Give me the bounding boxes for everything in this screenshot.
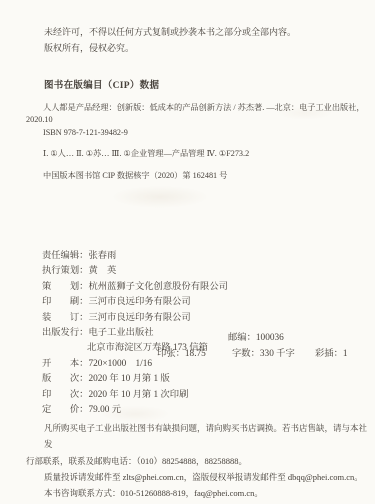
copyright-notice-line1: 未经许可，不得以任何方式复制或抄袭本书之部分或全部内容。 (44, 24, 375, 40)
row-value: 79.00 元 (88, 405, 121, 415)
book-copyright-page: 未经许可，不得以任何方式复制或抄袭本书之部分或全部内容。 版权所有，侵权必究。 … (0, 0, 375, 504)
print-sheets: 印张：18.75 (157, 345, 206, 359)
cip-record-line2: 2020.10 (26, 114, 375, 127)
colophon-row-address: 北京市海淀区万寿路 173 信箱 邮编：100036 (28, 329, 375, 344)
service-replacement-line2: 行部联系，联系及邮购电话：（010）88254888，88258888。 (26, 453, 375, 469)
postcode: 邮编：100036 (228, 329, 284, 343)
cip-heading: 图书在版编目（CIP）数据 (44, 80, 375, 93)
colophon-row-format: 开 本：720×1000 1/16 印张：18.75 字数：330 千字 彩插：… (28, 345, 375, 360)
service-complaint-line: 质量投诉请发邮件至 zlts@phei.com.cn，盗版侵权举报请发邮件至 d… (44, 469, 375, 485)
colophon-row-binder: 装 订：三河市良远印务有限公司 (28, 299, 375, 314)
cip-spacer (26, 139, 375, 148)
cip-spacer (26, 161, 375, 170)
colophon-row-planner: 策 划：杭州蓝狮子文化创意股份有限公司 (28, 268, 375, 283)
copyright-notice: 未经许可，不得以任何方式复制或抄袭本书之部分或全部内容。 版权所有，侵权必究。 (44, 24, 375, 56)
colophon-row-printing: 印 次：2020 年 10 月第 1 次印刷 (28, 376, 375, 391)
word-count: 字数：330 千字 (232, 345, 295, 359)
colophon-row-editor: 责任编辑：张春雨 (28, 237, 375, 252)
color-plates: 彩插：1 (315, 345, 348, 359)
copyright-notice-line2: 版权所有，侵权必究。 (44, 40, 375, 56)
colophon-row-publisher: 出版发行：电子工业出版社 (28, 314, 375, 329)
cip-record-line1: 人人都是产品经理：创新版：低成本的产品创新方法 / 苏杰著. —北京：电子工业出… (43, 102, 375, 115)
colophon-row-edition: 版 次：2020 年 10 月第 1 版 (28, 360, 375, 375)
cip-data-block: 图书在版编目（CIP）数据 人人都是产品经理：创新版：低成本的产品创新方法 / … (26, 80, 375, 182)
colophon-row-printer: 印 刷：三河市良远印务有限公司 (28, 283, 375, 298)
cip-isbn: ISBN 978-7-121-39482-9 (43, 127, 375, 140)
cip-classification: Ⅰ. ①人… Ⅱ. ①苏… Ⅲ. ①企业管理—产品管理 Ⅳ. ①F273.2 (43, 148, 375, 161)
colophon-row-price: 定 价：79.00 元 (28, 391, 375, 406)
colophon-block: 责任编辑：张春雨 执行策划：黄 英 策 划：杭州蓝狮子文化创意股份有限公司 印 … (28, 237, 375, 406)
service-contact-line: 本书咨询联系方式：010-51260888-819，faq@phei.com.c… (44, 485, 375, 501)
service-notes-block: 凡所购买电子工业出版社图书有缺损问题，请向购买书店调换。若书店售缺，请与本社发 … (26, 420, 375, 501)
service-replacement-line1: 凡所购买电子工业出版社图书有缺损问题，请向购买书店调换。若书店售缺，请与本社发 (44, 420, 375, 453)
cip-registration: 中国版本图书馆 CIP 数据核字（2020）第 162481 号 (43, 170, 375, 183)
row-label: 定 价： (42, 405, 89, 415)
colophon-row-executive-planner: 执行策划：黄 英 (28, 252, 375, 267)
